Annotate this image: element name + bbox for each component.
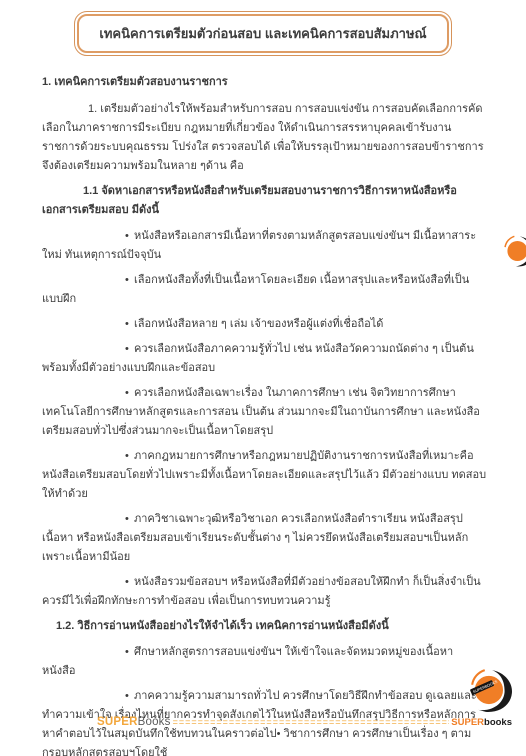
brand-super: SUPER bbox=[97, 716, 138, 728]
bullet-icon: • bbox=[125, 340, 134, 359]
bullet-item: •หนังสือรวมข้อสอบฯ หรือหนังสือที่มีตัวอย… bbox=[42, 573, 488, 611]
section-heading: 1. เทคนิคการเตรียมตัวสอบงานราชการ bbox=[42, 73, 488, 92]
bullet-icon: • bbox=[125, 510, 134, 529]
swoosh-icon bbox=[502, 234, 526, 268]
content-area: 1. เทคนิคการเตรียมตัวสอบงานราชการ 1. เตร… bbox=[42, 73, 488, 756]
brand-books: Books bbox=[138, 716, 171, 728]
page-title: เทคนิคการเตรียมตัวก่อนสอบ และเทคนิคการสอ… bbox=[99, 26, 426, 41]
bullet-item: •หนังสือหรือเอกสารมีเนื้อหาที่ตรงตามหลัก… bbox=[42, 227, 488, 265]
bullet-text: เลือกหนังสือทั้งที่เป็นเนื้อหาโดยละเอียด… bbox=[42, 274, 469, 305]
bullet-item: •ควรเลือกหนังสือเฉพาะเรื่อง ในภาคการศึกษ… bbox=[42, 384, 488, 441]
bullet-text: ควรเลือกหนังสือเฉพาะเรื่อง ในภาคการศึกษา… bbox=[42, 387, 480, 437]
bullet-item: •ศึกษาหลักสูตรการสอบแข่งขันฯ ให้เข้าใจแล… bbox=[42, 643, 488, 681]
watermark-logo bbox=[502, 234, 526, 268]
subsection-heading-1-2: 1.2. วิธีการอ่านหนังสืออย่างไรให้จำได้เร… bbox=[42, 617, 488, 636]
title-box: เทคนิคการเตรียมตัวก่อนสอบ และเทคนิคการสอ… bbox=[77, 14, 448, 53]
bullet-item: •ภาควิชาเฉพาะวุฒิหรือวิชาเอก ควรเลือกหนั… bbox=[42, 510, 488, 567]
bullet-icon: • bbox=[125, 643, 134, 662]
footer-logo-text: SUPERbooks bbox=[451, 713, 512, 732]
superbooks-logo: SUPERBOOKS bbox=[468, 668, 514, 714]
bullet-text: หนังสือหรือเอกสารมีเนื้อหาที่ตรงตามหลักส… bbox=[42, 230, 476, 261]
bullet-icon: • bbox=[125, 447, 134, 466]
bullet-item: •ควรเลือกหนังสือภาคความรู้ทั่วไป เช่น หน… bbox=[42, 340, 488, 378]
bullet-text: ศึกษาหลักสูตรการสอบแข่งขันฯ ให้เข้าใจและ… bbox=[42, 646, 453, 677]
bullet-text: เลือกหนังสือหลาย ๆ เล่ม เจ้าของหรือผู้แต… bbox=[134, 318, 383, 330]
bullet-icon: • bbox=[125, 384, 134, 403]
bullet-text: หนังสือรวมข้อสอบฯ หรือหนังสือที่มีตัวอย่… bbox=[42, 576, 481, 607]
intro-paragraph: 1. เตรียมตัวอย่างไรให้พร้อมสำหรับการสอบ … bbox=[42, 100, 488, 176]
bullet-icon: • bbox=[125, 687, 134, 706]
brand-left: SUPERBooks bbox=[97, 713, 171, 732]
document-page: เทคนิคการเตรียมตัวก่อนสอบ และเทคนิคการสอ… bbox=[0, 0, 526, 756]
bullet-text: ควรเลือกหนังสือภาคความรู้ทั่วไป เช่น หนั… bbox=[42, 343, 474, 374]
bullet-item: •เลือกหนังสือทั้งที่เป็นเนื้อหาโดยละเอีย… bbox=[42, 271, 488, 309]
logo-super: SUPER bbox=[451, 717, 484, 728]
bullet-item: •ภาคกฎหมายการศึกษาหรือกฎหมายปฏิบัติงานรา… bbox=[42, 447, 488, 504]
footer-divider: ========================================… bbox=[173, 713, 450, 732]
bullet-icon: • bbox=[125, 573, 134, 592]
logo-books: books bbox=[484, 717, 512, 728]
bullet-text: ภาคกฎหมายการศึกษาหรือกฎหมายปฏิบัติงานราช… bbox=[42, 450, 486, 500]
bullet-icon: • bbox=[125, 271, 134, 290]
footer: SUPERBooks =============================… bbox=[0, 714, 526, 730]
subsection-heading-1-1: 1.1 จัดหาเอกสารหรือหนังสือสำหรับเตรียมสอ… bbox=[42, 182, 488, 220]
bullet-item: •เลือกหนังสือหลาย ๆ เล่ม เจ้าของหรือผู้แ… bbox=[42, 315, 488, 334]
bullet-text: ภาควิชาเฉพาะวุฒิหรือวิชาเอก ควรเลือกหนัง… bbox=[42, 513, 468, 563]
bullet-icon: • bbox=[125, 315, 134, 334]
swoosh-icon: SUPERBOOKS bbox=[468, 668, 514, 714]
bullet-icon: • bbox=[125, 227, 134, 246]
